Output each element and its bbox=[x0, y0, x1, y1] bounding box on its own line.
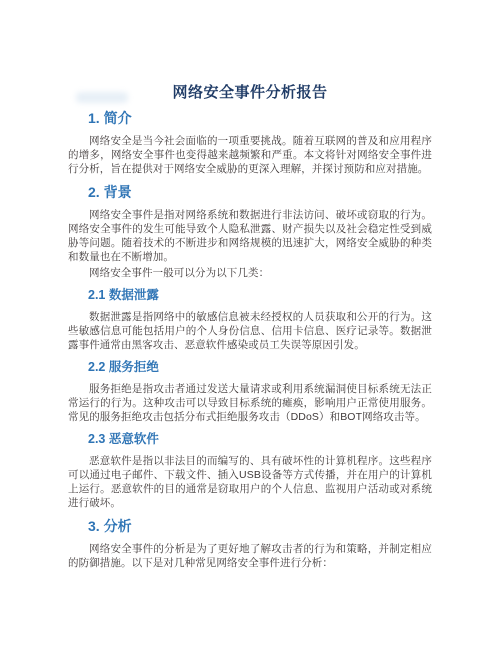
section-heading-background: 2. 背景 bbox=[88, 184, 432, 201]
subsection-heading-data-leak: 2.1 数据泄露 bbox=[88, 288, 432, 303]
background-paragraph-2: 网络安全事件一般可以分为以下几类： bbox=[68, 266, 432, 280]
section-heading-analysis: 3. 分析 bbox=[88, 518, 432, 535]
data-leak-paragraph: 数据泄露是指网络中的敏感信息被未经授权的人员获取和公开的行为。这些敏感信息可能包… bbox=[68, 310, 432, 352]
background-paragraph-1: 网络安全事件是指对网络系统和数据进行非法访问、破坏或窃取的行为。网络安全事件的发… bbox=[68, 208, 432, 264]
section-heading-intro: 1. 简介 bbox=[88, 110, 432, 127]
analysis-paragraph: 网络安全事件的分析是为了更好地了解攻击者的行为和策略，并制定相应的防御措施。以下… bbox=[68, 542, 432, 570]
intro-paragraph: 网络安全是当今社会面临的一项重要挑战。随着互联网的普及和应用程序的增多，网络安全… bbox=[68, 134, 432, 176]
document-page: 网络安全事件分析报告 1. 简介 网络安全是当今社会面临的一项重要挑战。随着互联… bbox=[0, 0, 500, 647]
subsection-heading-denial-of-service: 2.2 服务拒绝 bbox=[88, 360, 432, 375]
subsection-heading-malware: 2.3 恶意软件 bbox=[88, 432, 432, 447]
malware-paragraph: 恶意软件是指以非法目的而编写的、具有破坏性的计算机程序。这些程序可以通过电子邮件… bbox=[68, 454, 432, 510]
denial-of-service-paragraph: 服务拒绝是指攻击者通过发送大量请求或利用系统漏洞使目标系统无法正常运行的行为。这… bbox=[68, 382, 432, 424]
document-title: 网络安全事件分析报告 bbox=[68, 84, 432, 102]
